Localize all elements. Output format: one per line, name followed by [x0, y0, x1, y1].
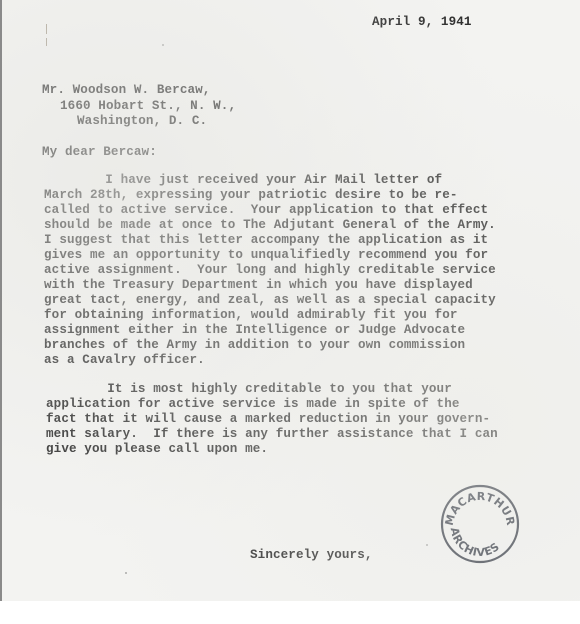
body-line: application for active service is made i… [46, 397, 498, 412]
margin-mark [46, 38, 47, 46]
closing: Sincerely yours, [250, 548, 373, 563]
body-paragraph-2: It is most highly creditable to you that… [46, 382, 498, 457]
letter-date: April 9, 1941 [372, 15, 472, 30]
archives-stamp: MACARTHUR ARCHIVES [439, 483, 521, 565]
body-line: It is most highly creditable to you that… [46, 382, 498, 397]
recipient-city: Washington, D. C. [77, 114, 207, 129]
body-line: I suggest that this letter accompany the… [44, 233, 496, 248]
paper-speck [426, 544, 428, 546]
body-line: branches of the Army in addition to your… [44, 338, 496, 353]
body-line: gives me an opportunity to unqualifiedly… [44, 248, 496, 263]
body-line: I have just received your Air Mail lette… [44, 173, 496, 188]
letter-page: April 9, 1941 Mr. Woodson W. Bercaw, 166… [0, 0, 580, 601]
body-paragraph-1: I have just received your Air Mail lette… [44, 173, 496, 368]
paper-speck [125, 572, 127, 574]
body-line: give you please call upon me. [46, 442, 498, 457]
body-line: ment salary. If there is any further ass… [46, 427, 498, 442]
body-line: for obtaining information, would admirab… [44, 308, 496, 323]
body-line: with the Treasury Department in which yo… [44, 278, 496, 293]
body-line: as a Cavalry officer. [44, 353, 496, 368]
body-line: great tact, energy, and zeal, as well as… [44, 293, 496, 308]
recipient-street: 1660 Hobart St., N. W., [60, 99, 236, 114]
recipient-name: Mr. Woodson W. Bercaw, [42, 83, 210, 98]
margin-mark [46, 24, 47, 34]
body-line: assignment either in the Intelligence or… [44, 323, 496, 338]
body-line: fact that it will cause a marked reducti… [46, 412, 498, 427]
salutation: My dear Bercaw: [42, 145, 157, 160]
body-line: March 28th, expressing your patriotic de… [44, 188, 496, 203]
body-line: called to active service. Your applicati… [44, 203, 496, 218]
paper-speck [162, 44, 164, 46]
body-line: should be made at once to The Adjutant G… [44, 218, 496, 233]
body-line: active assignment. Your long and highly … [44, 263, 496, 278]
